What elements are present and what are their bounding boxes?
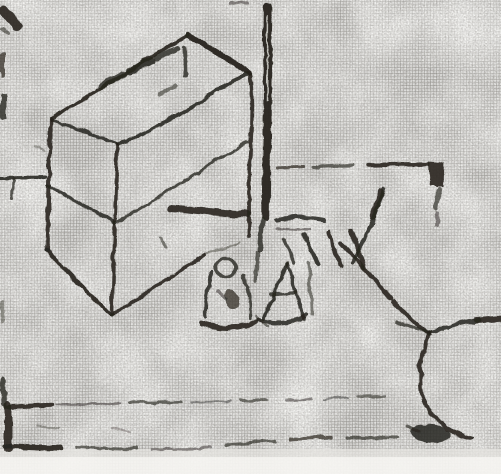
bench-line-a-8 [356,395,384,396]
table-corner-dash-2 [436,211,437,225]
bench-line-a-6 [285,398,310,399]
bench-line-b-2 [75,446,135,448]
table-edge-left [0,176,44,177]
table-corner-block [428,160,444,186]
bench-line-b-6 [345,436,396,437]
sleeve-top-bold [476,317,501,319]
table-edge-right-3 [368,163,428,164]
sketch-drawing [0,0,501,474]
bench-line-a-5 [240,399,265,400]
bench-line-b-1 [4,445,60,447]
rod-highlight [266,16,267,100]
scan-margin-bottom-gray [0,449,501,457]
bench-line-a-3 [128,401,180,402]
table-corner-dash-1 [436,189,438,206]
scan-mark-top-edge [229,1,246,2]
table-edge-left-tick [11,178,12,197]
table-edge-right-1 [277,165,304,166]
bench-line-b-5 [290,437,330,438]
box-shading-tick [183,46,184,74]
a-frame-crossbar [270,292,296,294]
bench-line-a-1 [5,404,50,406]
bench-line-a-4 [190,400,230,401]
bench-line-b-3 [150,447,210,448]
scan-mark-left-4 [2,379,3,402]
rod-base-dash-1 [259,218,262,248]
scanned-illustration-page [0,0,501,474]
scan-margin-bottom-white [0,457,501,474]
table-edge-right-2 [312,165,352,166]
